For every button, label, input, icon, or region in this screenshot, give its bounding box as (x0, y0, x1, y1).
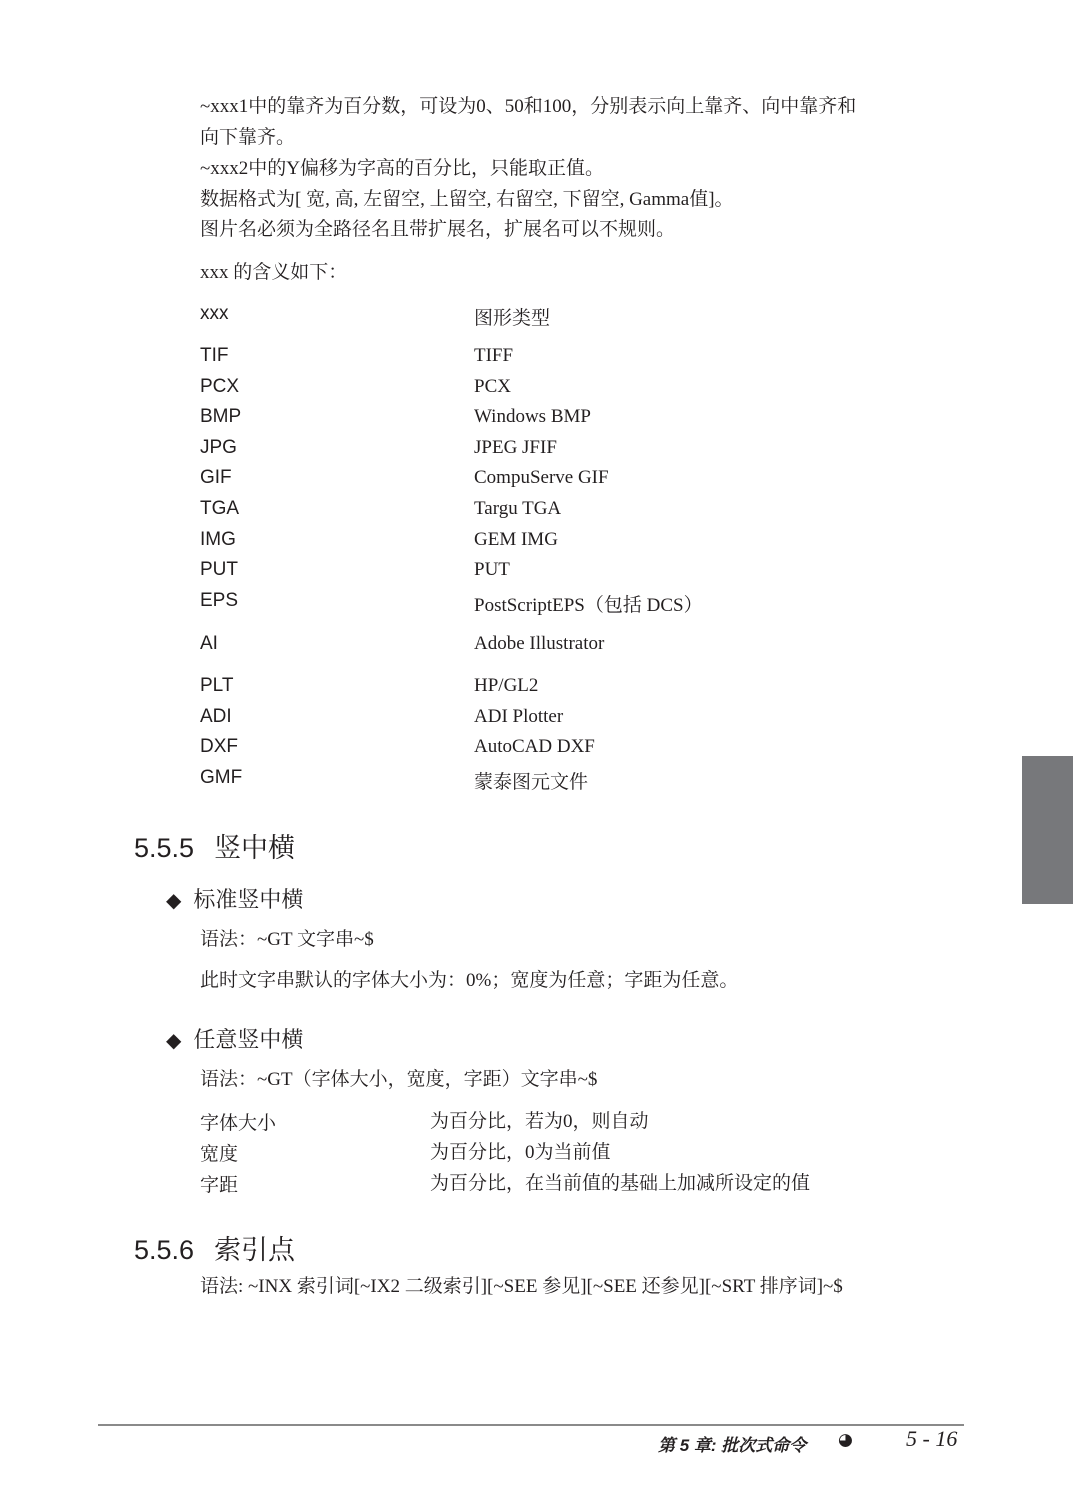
intro-line-1: ~xxx1中的靠齐为百分数，可设为0、50和100，分别表示向上靠齐、向中靠齐和 (200, 92, 856, 122)
subheading-standard: ◆标准竖中横 (166, 883, 303, 914)
table-row-key: DXF (200, 736, 238, 758)
intro-line-5: 图片名必须为全路径名且带扩展名，扩展名可以不规则。 (200, 215, 675, 245)
table-row-value: JPEG JFIF (474, 437, 557, 459)
intro-line-3: ~xxx2中的Y偏移为字高的百分比，只能取正值。 (200, 154, 604, 184)
table-row-value: GEM IMG (474, 529, 558, 551)
intro-line-4: 数据格式为[ 宽, 高, 左留空, 上留空, 右留空, 下留空, Gamma值]… (200, 185, 734, 215)
table-row-value: AutoCAD DXF (474, 736, 595, 758)
table-row-key: GMF (200, 767, 242, 789)
arbitrary-syntax: 语法：~GT（字体大小，宽度，字距）文字串~$ (200, 1065, 597, 1095)
footer-divider (98, 1424, 964, 1426)
table-row-key: GIF (200, 467, 232, 489)
table-row-key: TGA (200, 498, 239, 520)
footer-chapter: 第 5 章: 批次式命令 (658, 1431, 806, 1456)
table-row-value: ADI Plotter (474, 706, 563, 728)
table-header-type: 图形类型 (474, 303, 550, 330)
table-row-key: TIF (200, 345, 229, 367)
table-row-value: HP/GL2 (474, 675, 538, 697)
diamond-bullet-icon: ◆ (166, 890, 181, 912)
table-row-key: EPS (200, 590, 238, 612)
table-row-key: ADI (200, 706, 232, 728)
table-row-value: Targu TGA (474, 498, 561, 520)
table-row-value: CompuServe GIF (474, 467, 609, 489)
subheading-arbitrary: ◆任意竖中横 (166, 1023, 303, 1054)
standard-note: 此时文字串默认的字体大小为：0%；宽度为任意；字距为任意。 (200, 966, 738, 996)
section-title: 竖中横 (214, 833, 295, 863)
section-heading-555: 5.5.5竖中横 (134, 826, 295, 865)
param-desc: 为百分比，若为0，则自动 (430, 1106, 649, 1133)
section-heading-556: 5.5.6索引点 (134, 1228, 295, 1267)
table-row-value: 蒙泰图元文件 (474, 767, 588, 794)
half-circle-icon: ◕ (838, 1430, 853, 1450)
table-row-key: AI (200, 633, 218, 655)
section-number: 5.5.6 (134, 1235, 194, 1265)
table-row-key: PLT (200, 675, 233, 697)
index-syntax: 语法: ~INX 索引词[~IX2 二级索引][~SEE 参见][~SEE 还参… (200, 1272, 843, 1302)
diamond-bullet-icon: ◆ (166, 1030, 181, 1052)
table-row-value: Adobe Illustrator (474, 633, 604, 655)
table-row-key: PCX (200, 376, 239, 398)
standard-syntax: 语法：~GT 文字串~$ (200, 925, 374, 955)
table-row-key: PUT (200, 559, 238, 581)
param-name: 字距 (200, 1170, 238, 1197)
chapter-thumb-tab (1022, 756, 1073, 904)
table-header-xxx: xxx (200, 303, 229, 325)
table-row-key: JPG (200, 437, 237, 459)
table-caption: xxx 的含义如下： (200, 258, 347, 288)
section-title: 索引点 (214, 1235, 295, 1265)
table-row-value: PCX (474, 376, 511, 398)
subheading-title: 标准竖中横 (193, 887, 303, 912)
param-name: 字体大小 (200, 1108, 276, 1135)
table-row-value: Windows BMP (474, 406, 591, 428)
table-row-value: TIFF (474, 345, 513, 367)
param-desc: 为百分比，0为当前值 (430, 1137, 611, 1164)
param-desc: 为百分比，在当前值的基础上加减所设定的值 (430, 1168, 810, 1195)
subheading-title: 任意竖中横 (193, 1027, 303, 1052)
table-row-value: PUT (474, 559, 510, 581)
param-name: 宽度 (200, 1139, 238, 1166)
section-number: 5.5.5 (134, 833, 194, 863)
page-number: 5 - 16 (906, 1426, 957, 1452)
intro-line-2: 向下靠齐。 (200, 123, 295, 153)
table-row-key: BMP (200, 406, 241, 428)
table-row-key: IMG (200, 529, 236, 551)
table-row-value: PostScriptEPS（包括 DCS） (474, 590, 703, 617)
